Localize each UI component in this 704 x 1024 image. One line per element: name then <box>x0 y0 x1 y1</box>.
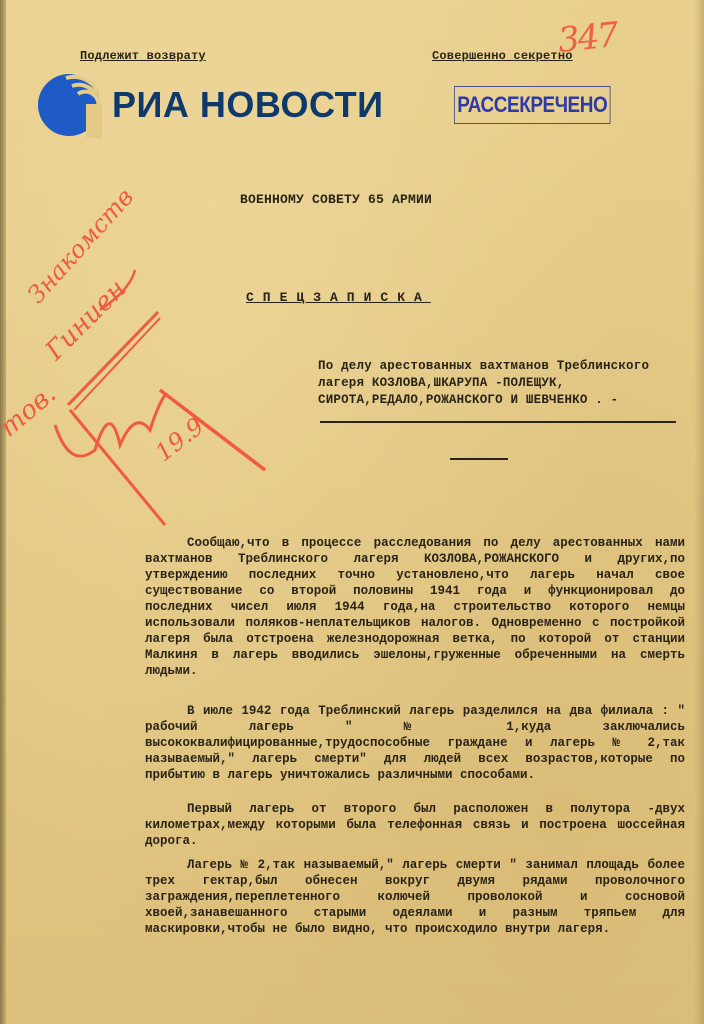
document-subject: По делу арестованных вахтманов Треблинск… <box>318 358 688 409</box>
ria-brand-name: РИА НОВОСТИ <box>112 84 383 126</box>
declassified-stamp: РАССЕКРЕЧЕНО <box>454 86 611 124</box>
subject-underline <box>320 421 676 423</box>
section-divider <box>450 458 508 460</box>
body-paragraph-3: Первый лагерь от второго был расположен … <box>145 801 685 849</box>
body-paragraph-2: В июле 1942 года Треблинский лагерь разд… <box>145 703 685 783</box>
addressee: ВОЕННОМУ СОВЕТУ 65 АРМИИ <box>240 192 432 207</box>
page-right-edge <box>694 0 704 1024</box>
secrecy-marking: Совершенно секретно <box>432 49 573 63</box>
body-paragraph-1: Сообщаю,что в процессе расследования по … <box>145 535 685 679</box>
ria-globe-icon <box>36 72 102 138</box>
folio-number: 347 <box>556 15 619 61</box>
body-paragraph-4: Лагерь № 2,так называемый," лагерь смерт… <box>145 857 685 937</box>
ria-watermark: РИА НОВОСТИ <box>36 72 383 138</box>
return-notice: Подлежит возврату <box>80 49 206 63</box>
